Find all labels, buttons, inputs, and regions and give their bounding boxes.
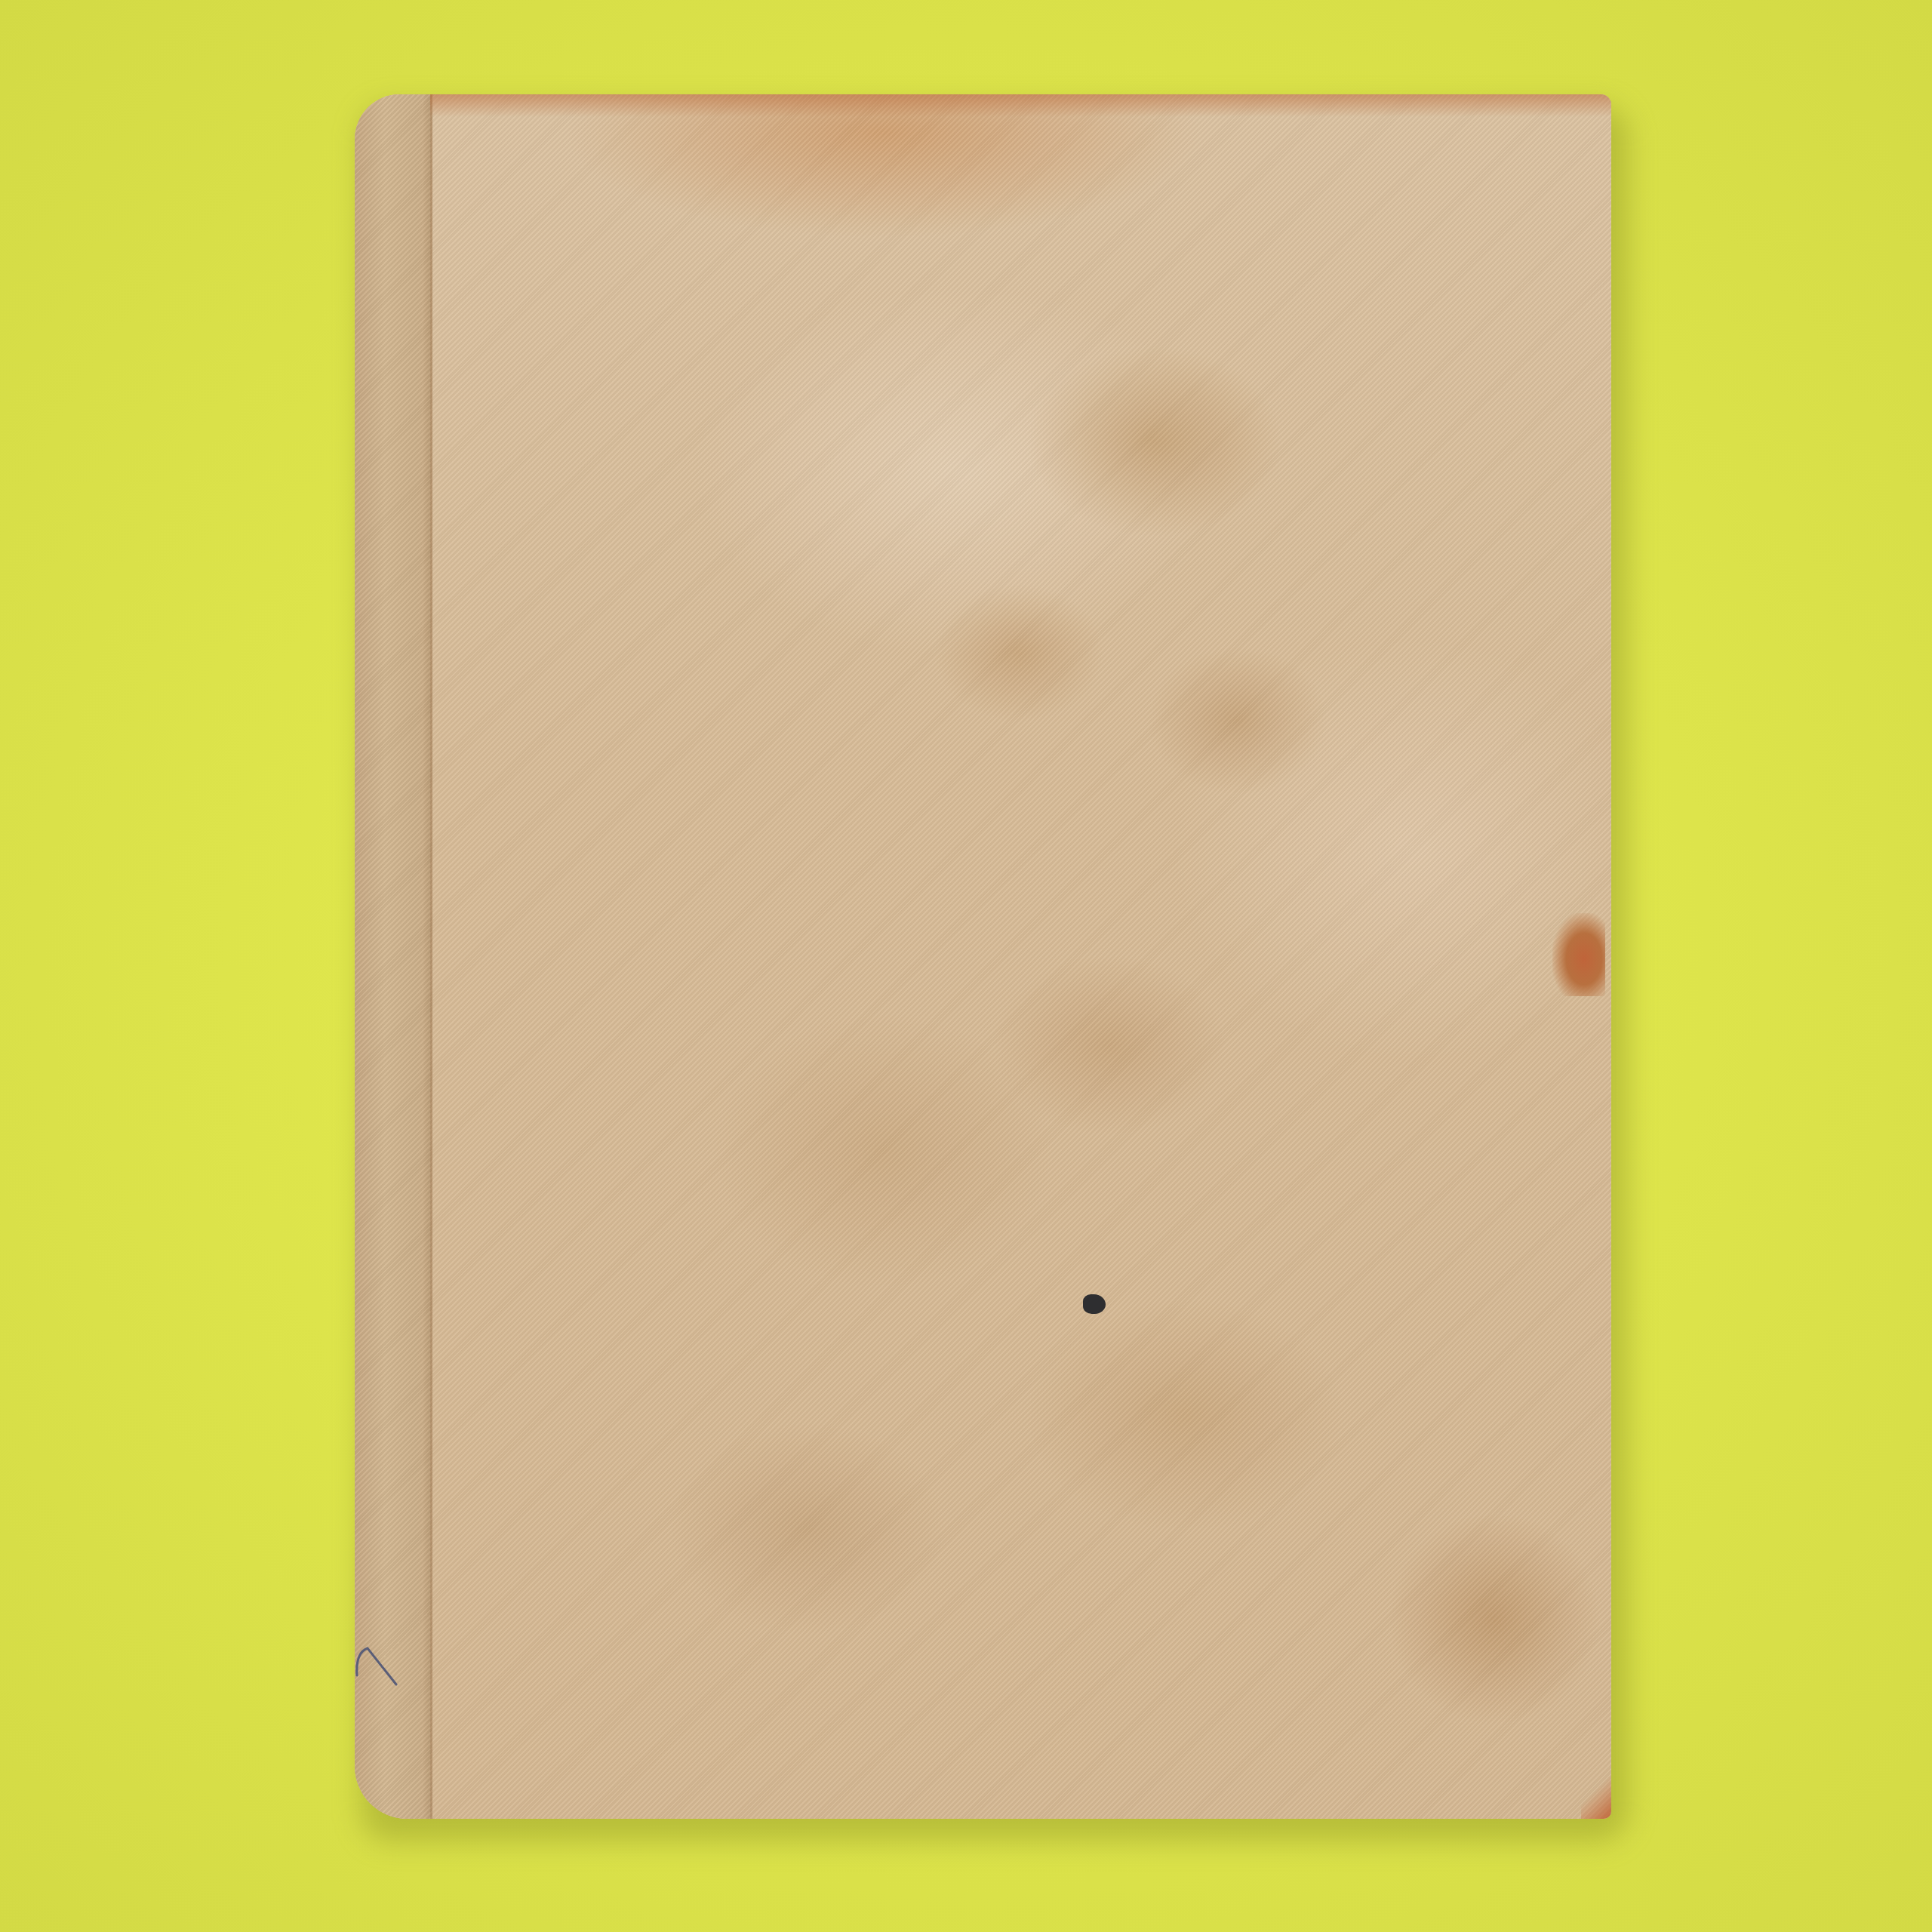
corner-wear bbox=[1581, 1774, 1611, 1819]
book-back-cover bbox=[355, 94, 1611, 1819]
photo-scene bbox=[0, 0, 1932, 1932]
cloth-texture bbox=[355, 94, 1611, 1819]
ink-spot bbox=[1083, 1294, 1106, 1314]
cloth-tear bbox=[1552, 913, 1605, 996]
frayed-top-edge bbox=[430, 94, 1611, 117]
pencil-mark-icon bbox=[351, 1638, 411, 1690]
book-spine bbox=[355, 94, 432, 1819]
